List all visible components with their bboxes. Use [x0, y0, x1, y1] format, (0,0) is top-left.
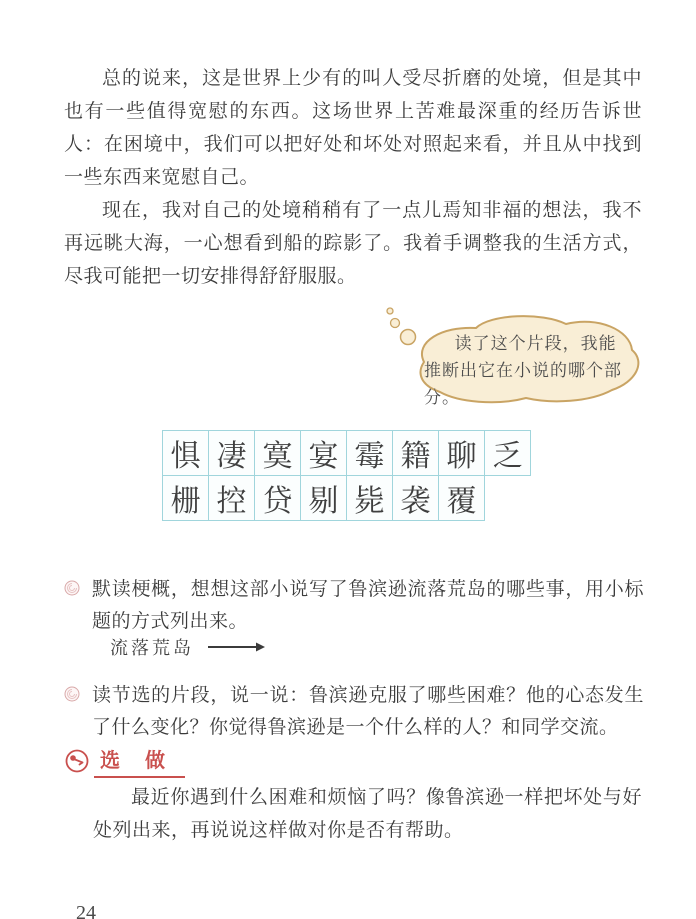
activity-item-2: 读节选的片段，说一说：鲁滨逊克服了哪些困难？他的心态发生了什么变化？你觉得鲁滨逊… — [64, 680, 644, 744]
activity-text: 默读梗概，想想这部小说写了鲁滨逊流落荒岛的哪些事，用小标题的方式列出来。 — [92, 574, 644, 638]
grid-cell: 覆 — [438, 475, 485, 521]
grid-cell: 凄 — [208, 430, 255, 476]
character-grid: 惧 凄 寞 宴 霉 籍 聊 乏 栅 控 贷 剔 毙 袭 覆 — [162, 430, 530, 521]
spiral-bullet-icon — [64, 686, 80, 702]
character-grid-row-2: 栅 控 贷 剔 毙 袭 覆 — [162, 475, 530, 521]
subtitle-example: 流落荒岛 — [110, 634, 266, 660]
activity-text: 读节选的片段，说一说：鲁滨逊克服了哪些困难？他的心态发生了什么变化？你觉得鲁滨逊… — [92, 680, 644, 744]
character-grid-row-1: 惧 凄 寞 宴 霉 籍 聊 乏 — [162, 430, 530, 476]
grid-cell: 宴 — [300, 430, 347, 476]
thought-bubble-text: 读了这个片段，我能推断出它在小说的哪个部分。 — [424, 330, 634, 411]
key-circle-icon — [64, 748, 90, 774]
grid-cell: 聊 — [438, 430, 485, 476]
subtitle-example-label: 流落荒岛 — [110, 634, 194, 660]
optional-task-text: 最近你遇到什么困难和烦恼了吗？像鲁滨逊一样把坏处与好处列出来，再说说这样做对你是… — [93, 781, 642, 847]
grid-cell: 剔 — [300, 475, 347, 521]
thought-bubble: 读了这个片段，我能推断出它在小说的哪个部分。 — [376, 300, 648, 406]
spiral-bullet-icon — [64, 580, 80, 596]
optional-task-label: 选 做 — [94, 744, 185, 778]
grid-cell: 贷 — [254, 475, 301, 521]
grid-cell: 袭 — [392, 475, 439, 521]
grid-cell: 毙 — [346, 475, 393, 521]
activity-item-1: 默读梗概，想想这部小说写了鲁滨逊流落荒岛的哪些事，用小标题的方式列出来。 — [64, 574, 644, 638]
page-number: 24 — [76, 902, 96, 919]
excerpt-paragraph-1: 总的说来，这是世界上少有的叫人受尽折磨的处境，但是其中也有一些值得宽慰的东西。这… — [64, 62, 642, 194]
grid-cell: 寞 — [254, 430, 301, 476]
grid-cell: 控 — [208, 475, 255, 521]
grid-cell: 惧 — [162, 430, 209, 476]
grid-cell: 籍 — [392, 430, 439, 476]
grid-cell: 乏 — [484, 430, 531, 476]
optional-task-heading: 选 做 — [64, 744, 185, 778]
excerpt-paragraph-2: 现在，我对自己的处境稍稍有了一点儿焉知非福的想法，我不再远眺大海，一心想看到船的… — [64, 194, 642, 293]
grid-cell: 栅 — [162, 475, 209, 521]
textbook-page: 总的说来，这是世界上少有的叫人受尽折磨的处境，但是其中也有一些值得宽慰的东西。这… — [0, 0, 696, 919]
excerpt-body: 总的说来，这是世界上少有的叫人受尽折磨的处境，但是其中也有一些值得宽慰的东西。这… — [64, 62, 642, 293]
right-arrow-icon — [208, 641, 266, 653]
grid-cell: 霉 — [346, 430, 393, 476]
